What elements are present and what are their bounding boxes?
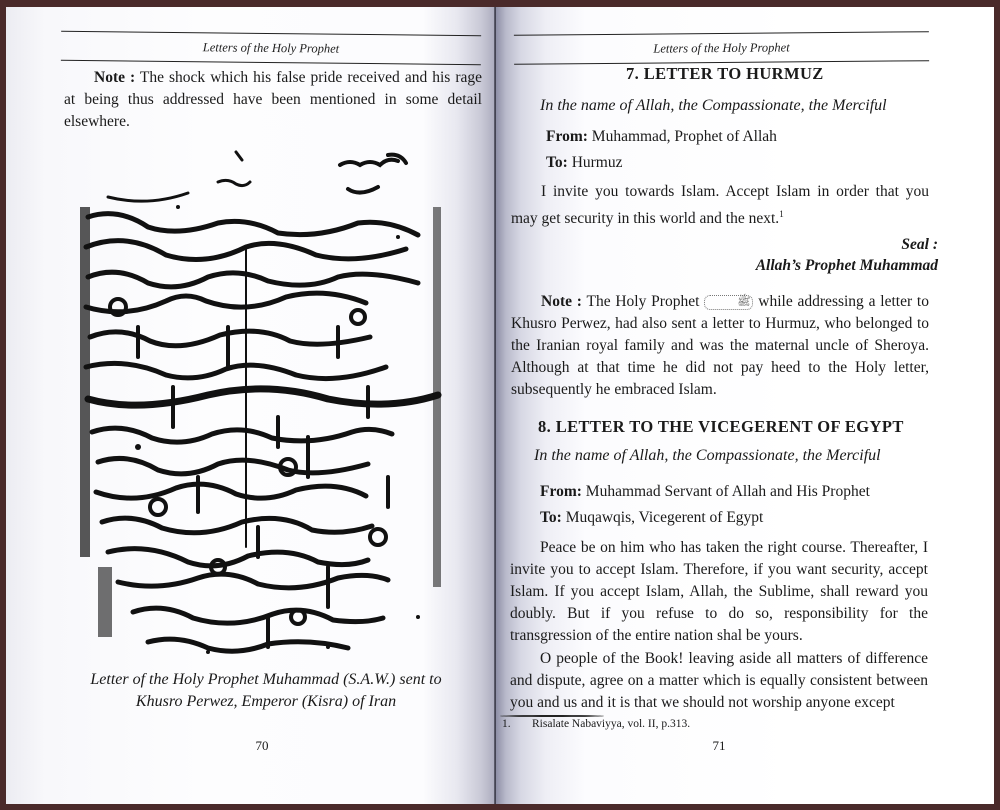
seal-value: Allah’s Prophet Muhammad xyxy=(756,257,938,275)
section-8-from: From: Muhammad Servant of Allah and His … xyxy=(540,483,870,501)
to-value: Hurmuz xyxy=(568,154,623,171)
manuscript-image xyxy=(78,147,453,662)
right-page: Letters of the Holy Prophet 7. LETTER TO… xyxy=(496,7,994,804)
section-7-heading: 7. LETTER TO HURMUZ xyxy=(626,64,824,84)
section-8-bismillah: In the name of Allah, the Compassionate,… xyxy=(534,447,881,465)
from-label: From: xyxy=(546,128,588,145)
footnote: 1.Risalate Nabaviyya, vol. II, p.313. xyxy=(502,718,690,730)
salawat-icon: ﷺ xyxy=(704,295,753,310)
section-7-body: I invite you towards Islam. Accept Islam… xyxy=(511,181,929,230)
book-spread: Letters of the Holy Prophet Note : The s… xyxy=(6,7,994,804)
section-8-para-1: Peace be on him who has taken the right … xyxy=(510,537,928,647)
from-value: Muhammad, Prophet of Allah xyxy=(588,128,777,145)
note-label: Note : xyxy=(94,69,135,86)
page-number-left: 70 xyxy=(232,738,292,754)
footnote-number: 1. xyxy=(502,718,532,730)
to-label: To: xyxy=(546,154,568,171)
figure-caption: Letter of the Holy Prophet Muhammad (S.A… xyxy=(66,669,466,713)
page-number-right: 71 xyxy=(689,738,749,754)
running-header-left: Letters of the Holy Prophet xyxy=(61,31,481,65)
caption-line-2: Khusro Perwez, Emperor (Kisra) of Iran xyxy=(66,691,466,713)
to-value: Muqawqis, Vicegerent of Egypt xyxy=(562,509,764,526)
section-7-to: To: Hurmuz xyxy=(546,154,623,172)
from-value: Muhammad Servant of Allah and His Prophe… xyxy=(582,483,870,500)
section-7-bismillah: In the name of Allah, the Compassionate,… xyxy=(540,97,887,115)
note-label-right: Note : xyxy=(541,293,582,310)
running-header-right: Letters of the Holy Prophet xyxy=(514,31,929,65)
footnote-ref: 1 xyxy=(779,209,784,219)
section-7-body-text: I invite you towards Islam. Accept Islam… xyxy=(511,183,929,227)
seal-label: Seal : xyxy=(901,236,938,254)
caption-line-1: Letter of the Holy Prophet Muhammad (S.A… xyxy=(66,669,466,691)
to-label: To: xyxy=(540,509,562,526)
note-paragraph-left: Note : The shock which his false pride r… xyxy=(64,67,482,133)
section-8-to: To: Muqawqis, Vicegerent of Egypt xyxy=(540,509,763,527)
footnote-divider xyxy=(500,715,604,717)
section-7-from: From: Muhammad, Prophet of Allah xyxy=(546,128,777,146)
left-page: Letters of the Holy Prophet Note : The s… xyxy=(6,7,496,804)
section-8-para-2: O people of the Book! leaving aside all … xyxy=(510,648,928,714)
footnote-text: Risalate Nabaviyya, vol. II, p.313. xyxy=(532,718,690,730)
section-7-note: Note : The Holy Prophet ﷺ while addressi… xyxy=(511,291,929,401)
section-8-heading: 8. LETTER TO THE VICEGERENT OF EGYPT xyxy=(538,417,904,437)
from-label: From: xyxy=(540,483,582,500)
